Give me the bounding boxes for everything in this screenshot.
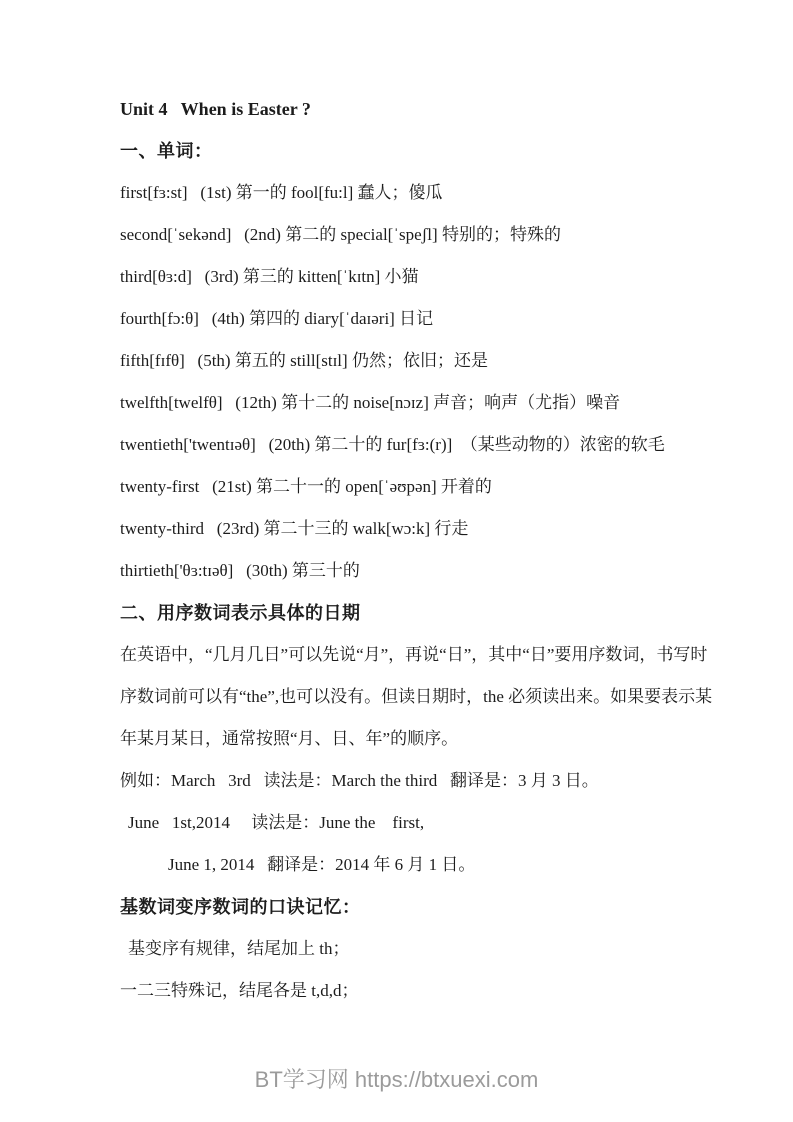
page-title: Unit 4 When is Easter ? xyxy=(120,88,680,130)
vocab-line: twenty-first (21st) 第二十一的 open[ˈəʊpən] 开… xyxy=(120,466,680,508)
vocab-line: twenty-third (23rd) 第二十三的 walk[wɔ:k] 行走 xyxy=(120,508,680,550)
vocab-line: thirtieth['θɜ:tɪəθ] (30th) 第三十的 xyxy=(120,550,680,592)
document-content: Unit 4 When is Easter ? 一、单词： first[fɜ:s… xyxy=(120,88,680,1012)
document-page: Unit 4 When is Easter ? 一、单词： first[fɜ:s… xyxy=(0,0,793,1122)
mnemonic-line: 基变序有规律，结尾加上 th； xyxy=(120,928,680,970)
paragraph-line: 年某月某日，通常按照“月、日、年”的顺序。 xyxy=(120,718,680,760)
paragraph-line: 序数词前可以有“the”,也可以没有。但读日期时，the 必须读出来。如果要表示… xyxy=(120,676,680,718)
site-watermark: BT学习网 https://btxuexi.com xyxy=(0,1063,793,1094)
section-heading-vocab: 一、单词： xyxy=(120,130,680,172)
mnemonic-line: 一二三特殊记，结尾各是 t,d,d； xyxy=(120,970,680,1012)
example-line: June 1, 2014 翻译是：2014 年 6 月 1 日。 xyxy=(120,844,680,886)
vocab-line: first[fɜ:st] (1st) 第一的 fool[fu:l] 蠢人；傻瓜 xyxy=(120,172,680,214)
section-heading-dates: 二、用序数词表示具体的日期 xyxy=(120,592,680,634)
paragraph-line: 在英语中，“几月几日”可以先说“月”，再说“日”，其中“日”要用序数词，书写时 xyxy=(120,634,680,676)
vocab-line: twentieth['twentɪəθ] (20th) 第二十的 fur[fɜ:… xyxy=(120,424,680,466)
vocab-line: second[ˈsekənd] (2nd) 第二的 special[ˈspeʃl… xyxy=(120,214,680,256)
vocab-line: twelfth[twelfθ] (12th) 第十二的 noise[nɔɪz] … xyxy=(120,382,680,424)
example-line: June 1st,2014 读法是：June the first, xyxy=(120,802,680,844)
example-line: 例如：March 3rd 读法是：March the third 翻译是：3 月… xyxy=(120,760,680,802)
vocab-line: fifth[fɪfθ] (5th) 第五的 still[stɪl] 仍然；依旧；… xyxy=(120,340,680,382)
vocab-line: third[θɜ:d] (3rd) 第三的 kitten[ˈkɪtn] 小猫 xyxy=(120,256,680,298)
vocab-line: fourth[fɔ:θ] (4th) 第四的 diary[ˈdaɪəri] 日记 xyxy=(120,298,680,340)
section-heading-mnemonic: 基数词变序数词的口诀记忆： xyxy=(120,886,680,928)
